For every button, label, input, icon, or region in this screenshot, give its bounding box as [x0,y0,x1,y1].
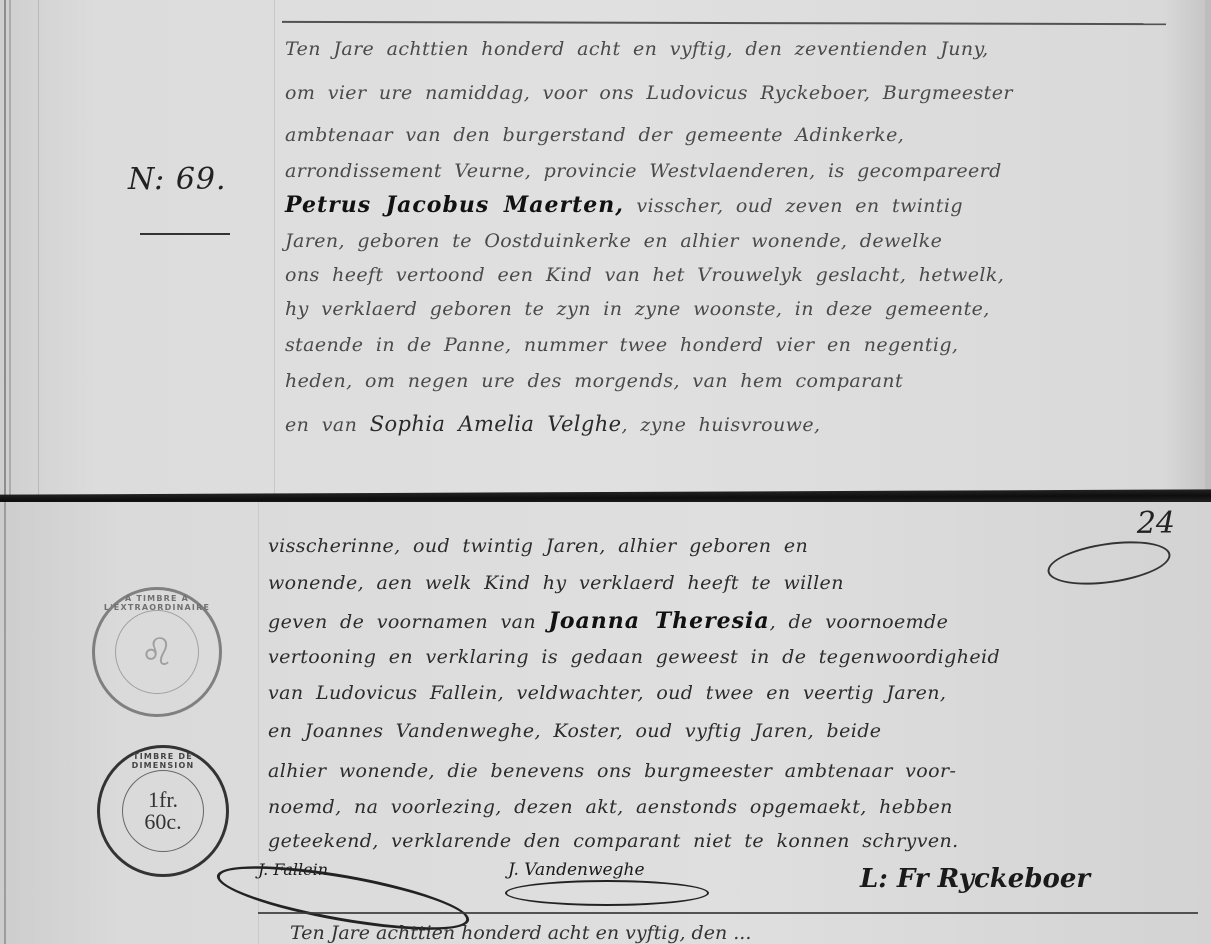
text-line: Jaren, geboren te Oostduinkerke en alhie… [285,230,1181,252]
text-line-child: geven de voornamen van Joanna Theresia, … [268,608,1181,634]
text-line: alhier wonende, die benevens ons burgmee… [268,760,1181,782]
revenue-stamp-dimension: TIMBRE DE DIMENSION 1fr. 60c. [97,745,229,877]
declarant-name: Petrus Jacobus Maerten, [285,192,624,218]
text-line: geteekend, verklarende den comparant nie… [268,830,1181,852]
text-line: vertooning en verklaring is gedaan gewee… [268,646,1181,668]
text-line: ambtenaar van den burgerstand der gemeen… [285,124,1181,146]
register-page-top: N: 69. Ten Jare achttien honderd acht en… [0,0,1211,496]
entry-separator-line [282,21,1166,25]
margin-rule [38,0,39,496]
text-line: heden, om negen ure des morgends, van he… [285,370,1181,392]
text-line: Ten Jare achttien honderd acht en vyftig… [285,38,1181,60]
entry-number-underline [140,233,230,235]
text-line: om vier ure namiddag, voor ons Ludovicus… [285,82,1181,104]
text-fragment: geven de voornamen van [268,611,536,633]
spine-line [9,0,11,496]
signature-flourish [505,880,709,906]
stamp-inner-ring [115,610,199,694]
signature-mayor-ryckeboer: L: Fr Ryckeboer [860,864,1090,894]
text-line: noemd, na voorlezing, dezen akt, aenston… [268,796,1181,818]
entry-separator-line [258,912,1198,914]
text-line: wonende, aen welk Kind hy verklaerd heef… [268,572,1181,594]
stamp-ring-text: A TIMBRE A L'EXTRAORDINAIRE [95,594,219,612]
stamp-inner-ring [122,770,204,852]
text-line-declarant: Petrus Jacobus Maerten, visscher, oud ze… [285,192,1181,218]
text-line: visscherinne, oud twintig Jaren, alhier … [268,535,1181,557]
text-line: van Ludovicus Fallein, veldwachter, oud … [268,682,1181,704]
margin-rule [274,0,275,496]
next-entry-text: Ten Jare achttien honderd acht en vyftig… [290,922,751,944]
text-line: arrondissement Veurne, provincie Westvla… [285,160,1181,182]
text-line: hy verklaerd geboren te zyn in zyne woon… [285,298,1181,320]
text-line: staende in de Panne, nummer twee honderd… [285,334,1181,356]
text-line-mother: en van Sophia Amelia Velghe, zyne huisvr… [285,412,1181,436]
text-fragment: en van [285,414,357,436]
child-name: Joanna Theresia [548,608,769,634]
spine-line [4,502,6,944]
stamp-ring-text: TIMBRE DE DIMENSION [100,752,226,770]
text-line: ons heeft vertoond een Kind van het Vrou… [285,264,1181,286]
text-fragment: , de voornoemde [770,611,949,633]
page-edge [1205,0,1211,496]
text-line: en Joannes Vandenweghe, Koster, oud vyft… [268,720,1181,742]
declarant-details: visscher, oud zeven en twintig [636,195,963,217]
entry-number: N: 69. [128,162,227,197]
revenue-stamp-extraordinaire: A TIMBRE A L'EXTRAORDINAIRE ♌ [92,587,222,717]
mother-name: Sophia Amelia Velghe [370,412,622,436]
text-fragment: , zyne huisvrouwe, [622,414,821,436]
signature-witness-vandenweghe: J. Vandenweghe [508,860,645,880]
spine-line [4,0,6,496]
